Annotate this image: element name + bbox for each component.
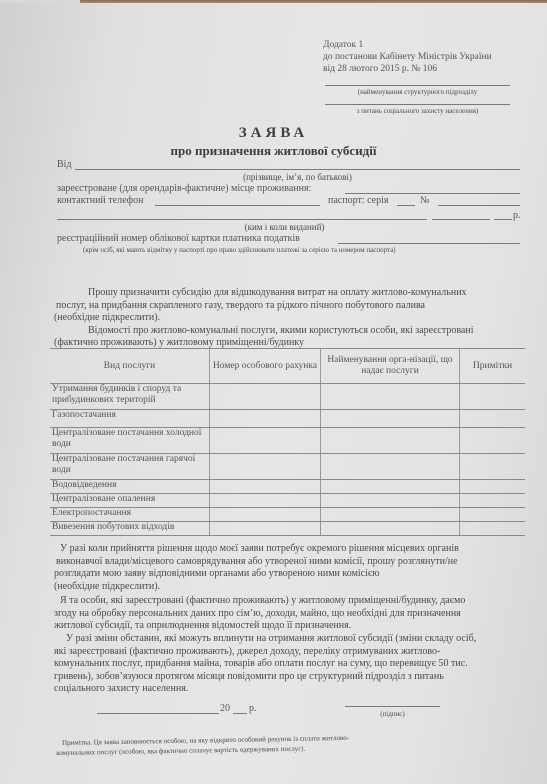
account-number-cell[interactable] <box>210 428 321 454</box>
header-provider: Найменування орга-нізації, що надає посл… <box>321 349 460 384</box>
service-name-cell: Утримання будинків і споруд та прибудинк… <box>50 384 210 410</box>
service-name-cell: Вивезення побутових відходів <box>50 522 210 536</box>
decree-line-1: до постанови Кабінету Міністрів України <box>323 51 492 63</box>
residence-field[interactable] <box>345 193 520 194</box>
tax-id-field[interactable] <box>338 243 520 244</box>
passport-issued-by-field[interactable] <box>57 219 427 220</box>
header-account-number: Номер особового рахунка <box>210 349 321 384</box>
request-paragraph: Прошу призначити субсидію для відшкодува… <box>54 287 534 350</box>
notes-cell[interactable] <box>460 384 526 410</box>
appendix-header: Додаток 1 до постанови Кабінету Міністрі… <box>323 39 492 75</box>
footnote: Примітка. Ця заява заповнюється особою, … <box>56 731 476 758</box>
tax-id-caption: (крім осіб, які мають відмітку у паспорт… <box>83 246 396 254</box>
year-suffix: р. <box>513 210 521 221</box>
date-suffix: р. <box>249 703 257 714</box>
phone-label: контактний телефон <box>57 195 143 206</box>
header-service-type: Вид послуги <box>50 349 210 384</box>
obligation-line-5: соціального захисту населення. <box>54 683 544 696</box>
form-subtitle: про призначення житлової субсидії <box>0 143 547 159</box>
passport-number-field[interactable] <box>438 205 520 206</box>
obligation-line-2: які зареєстровані (фактично проживають),… <box>54 646 544 659</box>
consent-line-1: Я та особи, які зареєстровані (фактично … <box>54 595 539 608</box>
notes-cell[interactable] <box>460 494 526 508</box>
from-label: Від <box>57 159 72 170</box>
phone-field[interactable] <box>155 205 320 206</box>
account-number-cell[interactable] <box>210 410 321 428</box>
table-header-row: Вид послуги Номер особового рахунка Найм… <box>50 349 525 384</box>
provider-cell[interactable] <box>321 384 460 410</box>
provider-cell[interactable] <box>321 494 460 508</box>
consent-line-2: згоду на обробку персональних даних про … <box>54 608 539 621</box>
request-line-1: Прошу призначити субсидію для відшкодува… <box>54 287 534 300</box>
request-line-3: (необхідне підкреслити). <box>54 312 534 325</box>
account-number-cell[interactable] <box>210 522 321 536</box>
tax-id-label: реєстраційний номер облікової картки пла… <box>57 233 300 244</box>
date-year-prefix: 20 <box>220 703 230 714</box>
date-field[interactable] <box>97 713 219 714</box>
notes-cell[interactable] <box>460 508 526 522</box>
provider-cell[interactable] <box>321 410 460 428</box>
table-row: Централізоване постачання гарячої води <box>50 454 525 480</box>
service-name-cell: Електропостачання <box>50 508 210 522</box>
department-caption-2: з питань соціального захисту населення) <box>325 107 510 115</box>
review-paragraph: У разі коли прийняття рішення щодо моєї … <box>54 543 539 593</box>
table-row: Утримання будинків і споруд та прибудинк… <box>50 384 525 410</box>
review-line-2: виконавчої влади/місцевого самоврядуванн… <box>54 556 539 569</box>
signature-field[interactable] <box>345 706 440 707</box>
notes-cell[interactable] <box>460 522 526 536</box>
passport-series-field[interactable] <box>397 205 415 206</box>
notes-cell[interactable] <box>460 410 526 428</box>
provider-cell[interactable] <box>321 508 460 522</box>
account-number-cell[interactable] <box>210 494 321 508</box>
form-page: Додаток 1 до постанови Кабінету Міністрі… <box>0 3 547 784</box>
services-table: Вид послуги Номер особового рахунка Найм… <box>50 348 525 536</box>
service-name-cell: Централізоване опалення <box>50 494 210 508</box>
info-line-1: Відомості про житлово-комунальні послуги… <box>54 325 534 338</box>
notes-cell[interactable] <box>460 454 526 480</box>
service-name-cell: Газопостачання <box>50 410 210 428</box>
obligation-paragraph: У разі зміни обставин, які можуть вплину… <box>54 633 544 696</box>
table-row: Електропостачання <box>50 508 525 522</box>
account-number-cell[interactable] <box>210 384 321 410</box>
notes-cell[interactable] <box>460 428 526 454</box>
full-name-field[interactable] <box>75 169 520 170</box>
provider-cell[interactable] <box>321 428 460 454</box>
provider-cell[interactable] <box>321 480 460 494</box>
signature-caption: (підпис) <box>345 710 440 718</box>
obligation-line-4: гривень), зобов’язуюся протягом місяця п… <box>54 671 544 684</box>
notes-cell[interactable] <box>460 480 526 494</box>
obligation-line-3: комунальних послуг, придбання майна, тов… <box>54 658 544 671</box>
request-line-2: послуг, на придбання скрапленого газу, т… <box>54 300 534 313</box>
appendix-label: Додаток 1 <box>323 39 492 51</box>
date-year-field[interactable] <box>233 713 247 714</box>
consent-paragraph: Я та особи, які зареєстровані (фактично … <box>54 595 539 633</box>
passport-number-label: № <box>420 195 430 206</box>
account-number-cell[interactable] <box>210 454 321 480</box>
residence-label: зареєстроване (для орендарів-фактичне) м… <box>57 183 311 194</box>
service-name-cell: Водовідведення <box>50 480 210 494</box>
header-notes: Примітки <box>460 349 526 384</box>
department-field-line-1[interactable] <box>325 85 510 86</box>
department-caption-1: (найменування структурного підрозділу <box>325 88 510 96</box>
passport-issue-date-field[interactable] <box>432 219 490 220</box>
passport-issue-year-field[interactable] <box>494 219 512 220</box>
review-line-4: (необхідне підкреслити). <box>54 581 539 594</box>
account-number-cell[interactable] <box>210 480 321 494</box>
table-row: Водовідведення <box>50 480 525 494</box>
passport-series-label: паспорт: серія <box>328 195 388 206</box>
provider-cell[interactable] <box>321 522 460 536</box>
full-name-caption: (прізвище, ім’я, по батькові) <box>75 172 520 182</box>
table-row: Вивезення побутових відходів <box>50 522 525 536</box>
obligation-line-1: У разі зміни обставин, які можуть вплину… <box>54 633 544 646</box>
account-number-cell[interactable] <box>210 508 321 522</box>
table-row: Газопостачання <box>50 410 525 428</box>
review-line-1: У разі коли прийняття рішення щодо моєї … <box>54 543 539 556</box>
service-name-cell: Централізоване постачання холодної води <box>50 428 210 454</box>
department-field-line-2[interactable] <box>325 104 510 105</box>
table-row: Централізоване постачання холодної води <box>50 428 525 454</box>
consent-line-3: житлової субсидії, та оприлюднення відом… <box>54 620 539 633</box>
form-title: ЗАЯВА <box>0 125 547 142</box>
provider-cell[interactable] <box>321 454 460 480</box>
table-row: Централізоване опалення <box>50 494 525 508</box>
decree-line-2: від 28 лютого 2015 р. № 106 <box>323 63 492 75</box>
review-line-3: розглядати мою заяву відповідними органа… <box>54 568 539 581</box>
service-name-cell: Централізоване постачання гарячої води <box>50 454 210 480</box>
issued-caption: (ким і коли виданий) <box>57 222 512 232</box>
